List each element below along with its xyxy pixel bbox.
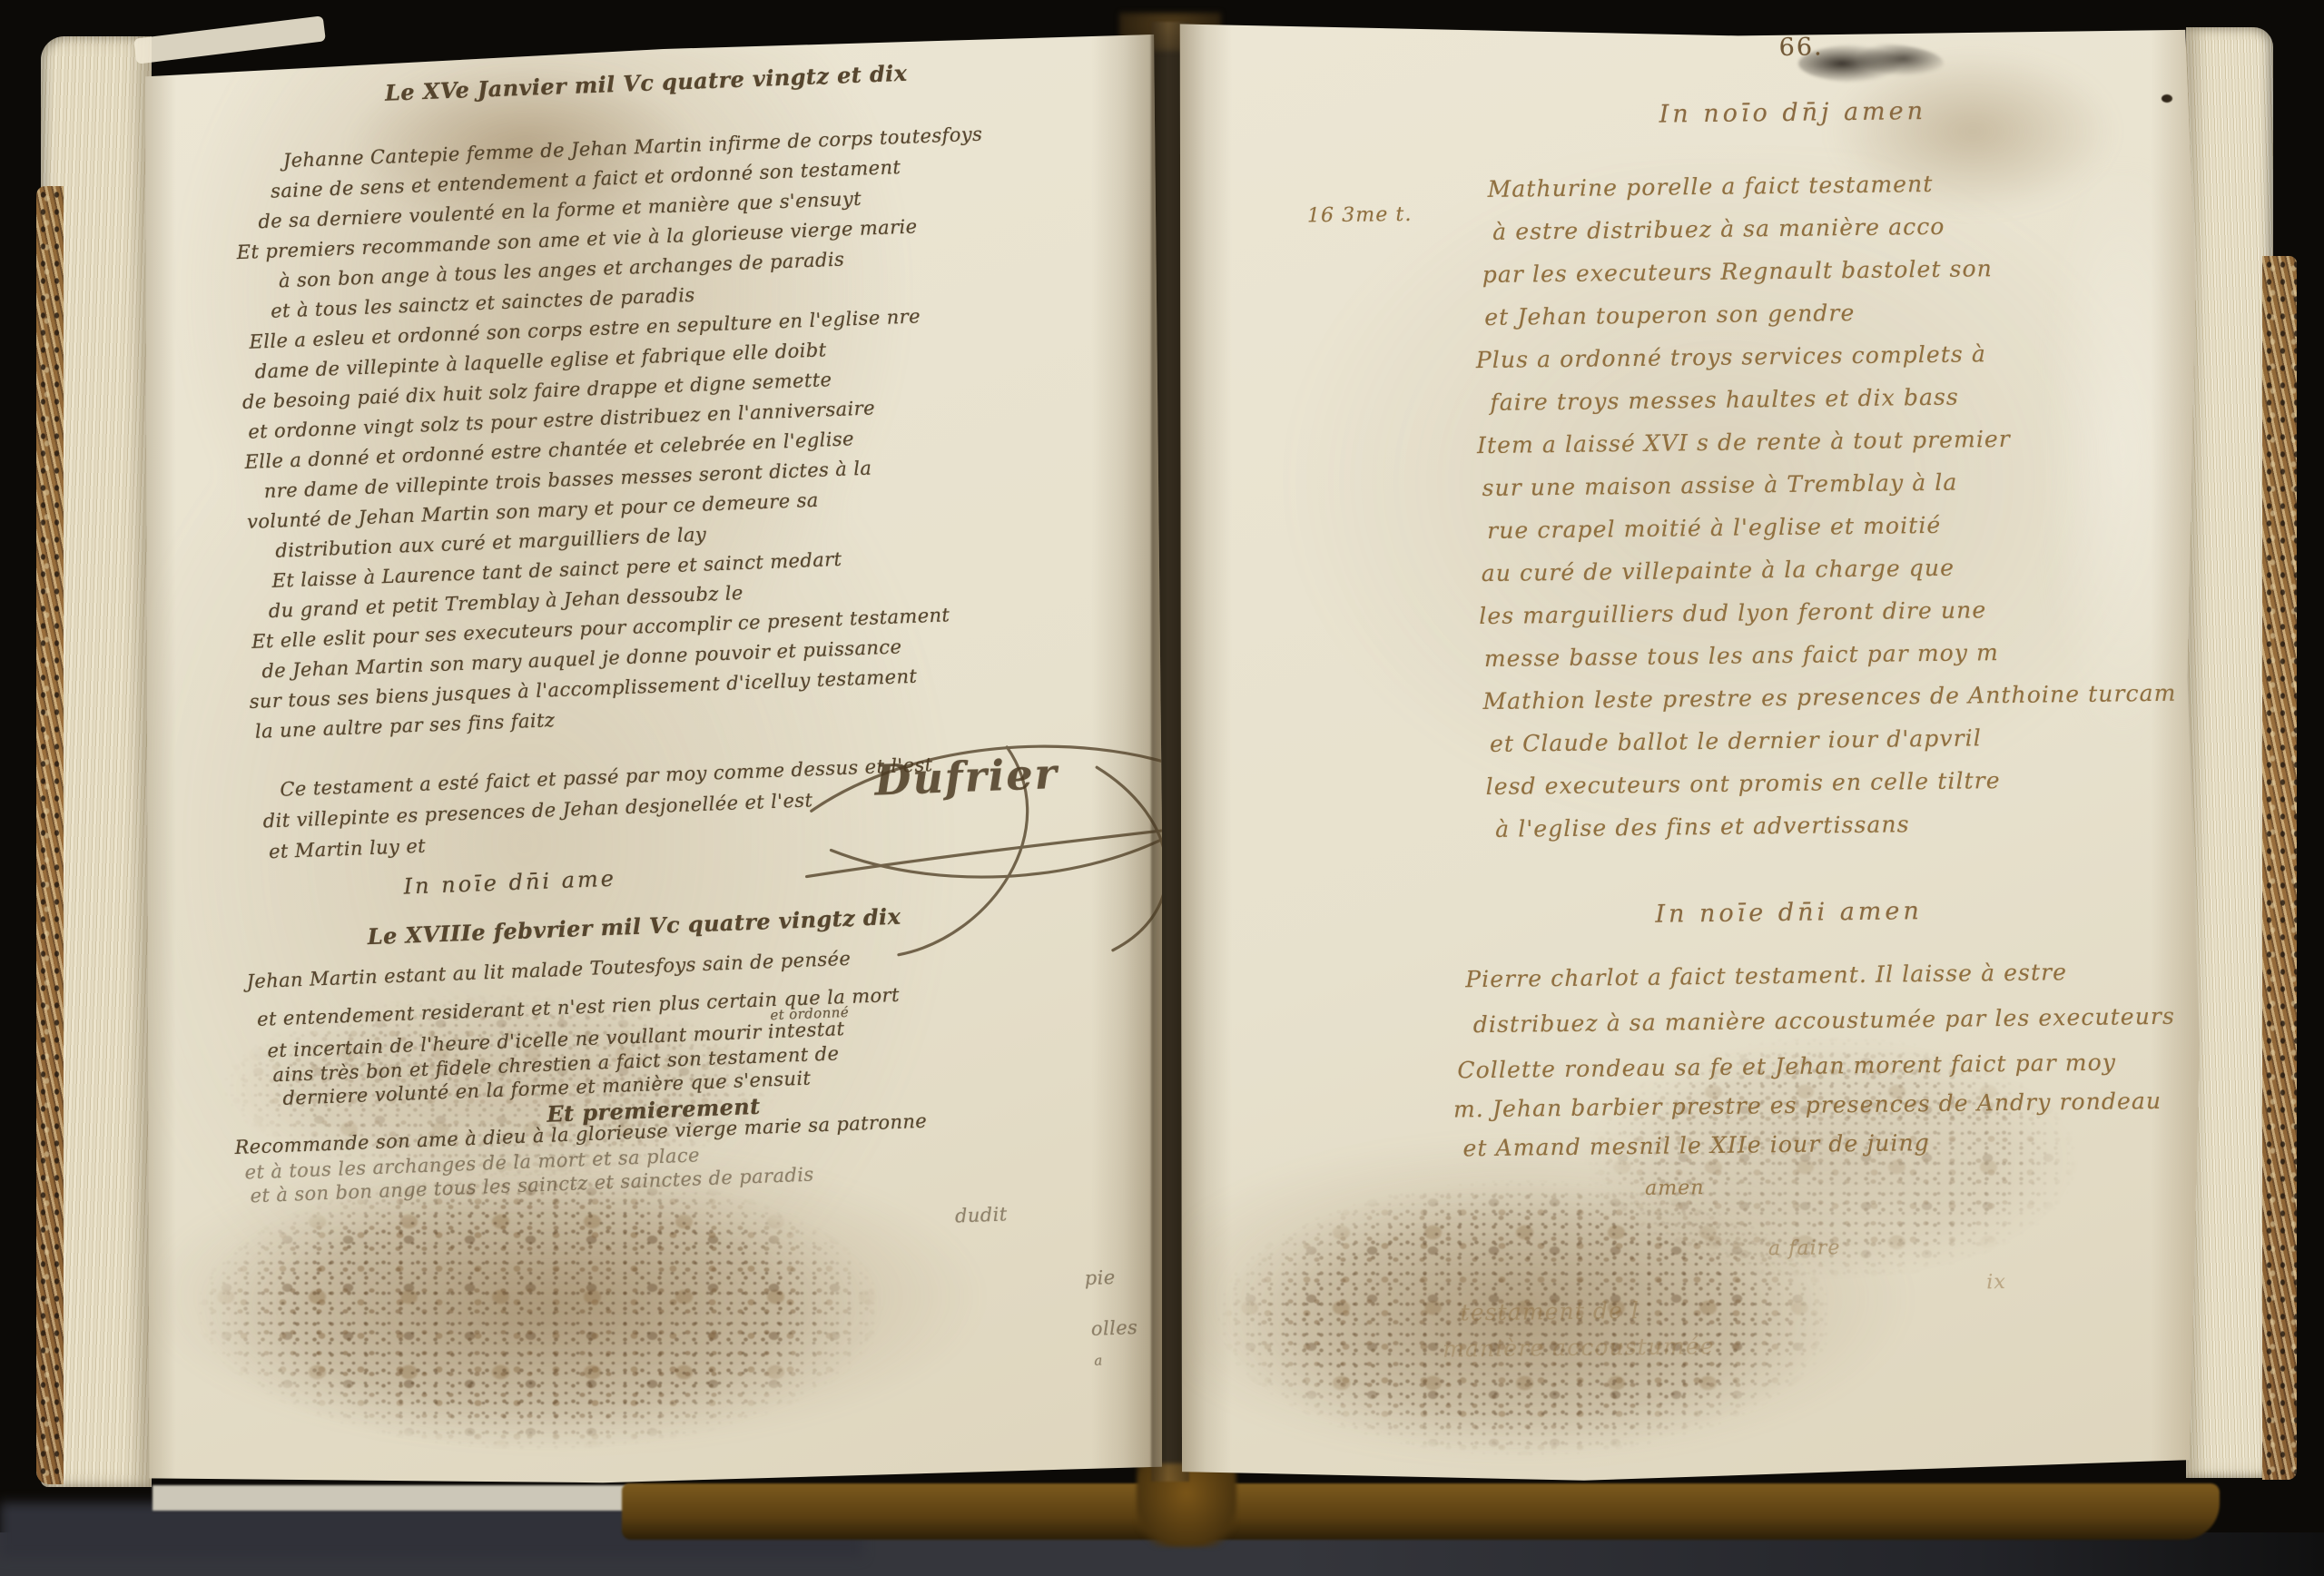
right-cover-marbled-edge [2262,256,2297,1480]
photo-background: Le XVe Janvier mil Vc quatre vingtz et d… [0,0,2324,1576]
manuscript-line: faire troys messes haultes et dix bass [1490,386,1959,414]
right-page-text-block: 66. In noīo dn̄j amen 16 3me t. Mathurin… [1172,10,2216,1488]
text-fragment: a [1094,1354,1103,1367]
text-fragment: dudit [955,1205,1008,1226]
text-fragment: olles [1091,1318,1138,1339]
manuscript-line: m. Jehan barbier prestre es presences de… [1453,1089,2162,1121]
interlinear-note: et ordonné [770,1006,849,1022]
manuscript-line: par les executeurs Regnault bastolet son [1482,257,1993,286]
ink-dot [2162,94,2172,103]
manuscript-line: Mathurine porelle a faict testament [1487,172,1933,201]
amen-line: amen [1645,1178,1705,1199]
manuscript-line: au curé de villepainte à la charge que [1482,557,1955,585]
text-fragment: ix [1986,1273,2006,1293]
manuscript-line: et Jehan touperon son gendre [1484,301,1855,329]
manuscript-line: et Amand mesnil le XIIe iour de juing [1462,1131,1930,1159]
manuscript-line: les marguilliers dud lyon feront dire un… [1479,598,1986,627]
right-page: 66. In noīo dn̄j amen 16 3me t. Mathurin… [1174,18,2200,1483]
text-fragment: a faire [1768,1238,1841,1259]
manuscript-line: Item a laissé XVI s de rente à tout prem… [1477,428,2011,457]
manuscript-line: et Claude ballot le dernier iour d'apvri… [1490,726,1982,755]
manuscript-line: lesd executeurs ont promis en celle tilt… [1485,769,2000,798]
left-cover-marbled-edge [36,186,64,1484]
invocation-line: In noīo dn̄j amen [1659,99,1926,127]
manuscript-line: Jehan Martin estant au lit malade Toutes… [246,950,851,992]
text-fragment: pie [1084,1268,1116,1288]
manuscript-line: la une aultre par ses fins faitz [255,711,556,742]
bottom-cover-strip [622,1483,2220,1540]
manuscript-line: Mathion leste prestre es presences de An… [1482,682,2176,713]
manuscript-line: rue crapel moitié à l'eglise et moitié [1487,514,1941,542]
manuscript-line: sur une maison assise à Tremblay à la [1482,471,1957,499]
left-page: Le XVe Janvier mil Vc quatre vingtz et d… [145,34,1162,1487]
text-fragment: testament de l [1461,1299,1640,1324]
manuscript-line: distribuez à sa manière accoustumée par … [1473,1005,2175,1036]
notary-signature: Dufrier [874,753,1059,802]
invocation-line: In noīe dn̄i amen [1655,899,1923,927]
manuscript-line: Plus a ordonné troys services complets à [1476,342,1986,371]
margin-date-note: 16 3me t. [1307,205,1413,226]
manuscript-line: à estre distribuez à sa manière acco [1492,215,1945,243]
manuscript-line: Pierre charlot a faict testament. Il lai… [1465,960,2067,990]
manuscript-line: à l'eglise des fins et advertissans [1495,813,1910,841]
right-page-edges [2186,27,2273,1478]
manuscript-line: messe basse tous les ans faict par moy m [1484,641,1999,670]
text-fragment: manière accoustumée [1443,1335,1715,1361]
attestation-line: et Martin luy et [269,837,427,862]
left-page-text-block: Le XVe Janvier mil Vc quatre vingtz et d… [143,2,1215,1492]
entry-date-heading: Le XVe Janvier mil Vc quatre vingtz et d… [385,63,908,104]
left-page-corner-fold [133,15,326,64]
bottom-page-edge-strip [153,1485,643,1511]
page-number: 66. [1779,34,1824,60]
invocation-line: In noīe dn̄i ame [403,868,616,898]
manuscript-line: Collette rondeau sa fe et Jehan morent f… [1457,1051,2116,1082]
